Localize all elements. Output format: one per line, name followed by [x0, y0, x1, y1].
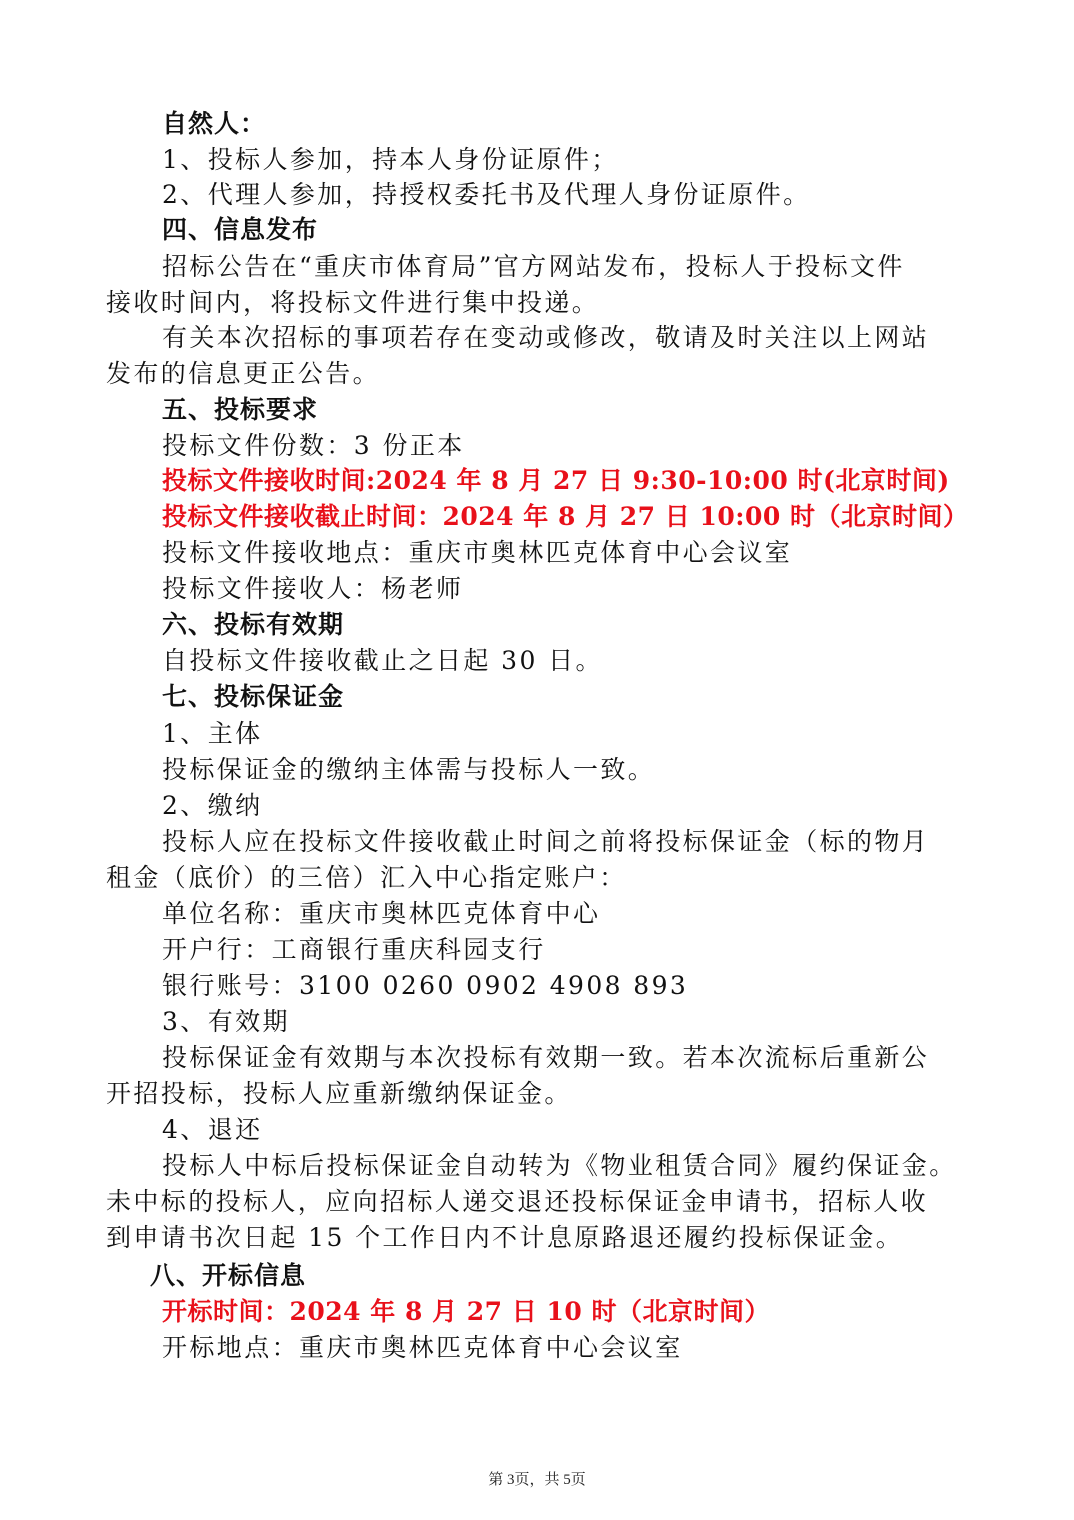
paragraph: 未中标的投标人，应向招标人递交退还投标保证金申请书，招标人收	[106, 1184, 928, 1220]
paragraph: 开招投标，投标人应重新缴纳保证金。	[106, 1076, 572, 1112]
subheading: 1、主体	[162, 716, 263, 752]
heading-natural-person: 自然人：	[162, 106, 266, 142]
paragraph: 发布的信息更正公告。	[106, 356, 380, 392]
paragraph: 到申请书次日起 15 个工作日内不计息原路退还履约投标保证金。	[106, 1220, 903, 1256]
highlight-bid-opening-time: 开标时间：2024 年 8 月 27 日 10 时（北京时间）	[162, 1294, 770, 1330]
paragraph: 投标人中标后投标保证金自动转为《物业租赁合同》履约保证金。	[162, 1148, 957, 1184]
highlight-receipt-deadline: 投标文件接收截止时间：2024 年 8 月 27 日 10:00 时（北京时间）	[162, 499, 969, 535]
subheading: 3、有效期	[162, 1004, 290, 1040]
paragraph: 投标文件接收地点：重庆市奥林匹克体育中心会议室	[162, 535, 792, 571]
paragraph: 有关本次招标的事项若存在变动或修改，敬请及时关注以上网站	[162, 320, 929, 356]
paragraph: 1、投标人参加，持本人身份证原件；	[162, 142, 619, 178]
paragraph: 投标文件接收人：杨老师	[162, 571, 463, 607]
document-page: 自然人： 1、投标人参加，持本人身份证原件； 2、代理人参加，持授权委托书及代理…	[0, 0, 1074, 1520]
bid-opening-location: 开标地点：重庆市奥林匹克体育中心会议室	[162, 1330, 683, 1366]
paragraph: 投标保证金的缴纳主体需与投标人一致。	[162, 752, 655, 788]
bank-name: 开户行：工商银行重庆科园支行	[162, 932, 546, 968]
subheading: 2、缴纳	[162, 788, 263, 824]
paragraph: 2、代理人参加，持授权委托书及代理人身份证原件。	[162, 177, 811, 213]
paragraph: 投标文件份数：3 份正本	[162, 428, 465, 464]
subheading: 4、退还	[162, 1112, 263, 1148]
section-heading-8: 八、开标信息	[150, 1258, 306, 1294]
section-heading-7: 七、投标保证金	[162, 679, 344, 715]
highlight-receipt-time: 投标文件接收时间:2024 年 8 月 27 日 9:30-10:00 时(北京…	[162, 463, 950, 499]
paragraph: 招标公告在“重庆市体育局”官方网站发布，投标人于投标文件	[162, 249, 905, 285]
paragraph: 自投标文件接收截止之日起 30 日。	[162, 643, 603, 679]
paragraph: 投标人应在投标文件接收截止时间之前将投标保证金（标的物月	[162, 824, 929, 860]
bank-account-number: 银行账号：3100 0260 0902 4908 893	[162, 968, 688, 1004]
section-heading-5: 五、投标要求	[162, 392, 318, 428]
section-heading-6: 六、投标有效期	[162, 607, 344, 643]
section-heading-4: 四、信息发布	[162, 212, 318, 248]
account-name: 单位名称：重庆市奥林匹克体育中心	[162, 896, 600, 932]
paragraph: 投标保证金有效期与本次投标有效期一致。若本次流标后重新公	[162, 1040, 929, 1076]
paragraph: 接收时间内，将投标文件进行集中投递。	[106, 285, 599, 321]
page-number-footer: 第 3页，共 5页	[0, 1468, 1074, 1489]
paragraph: 租金（底价）的三倍）汇入中心指定账户：	[106, 860, 627, 896]
